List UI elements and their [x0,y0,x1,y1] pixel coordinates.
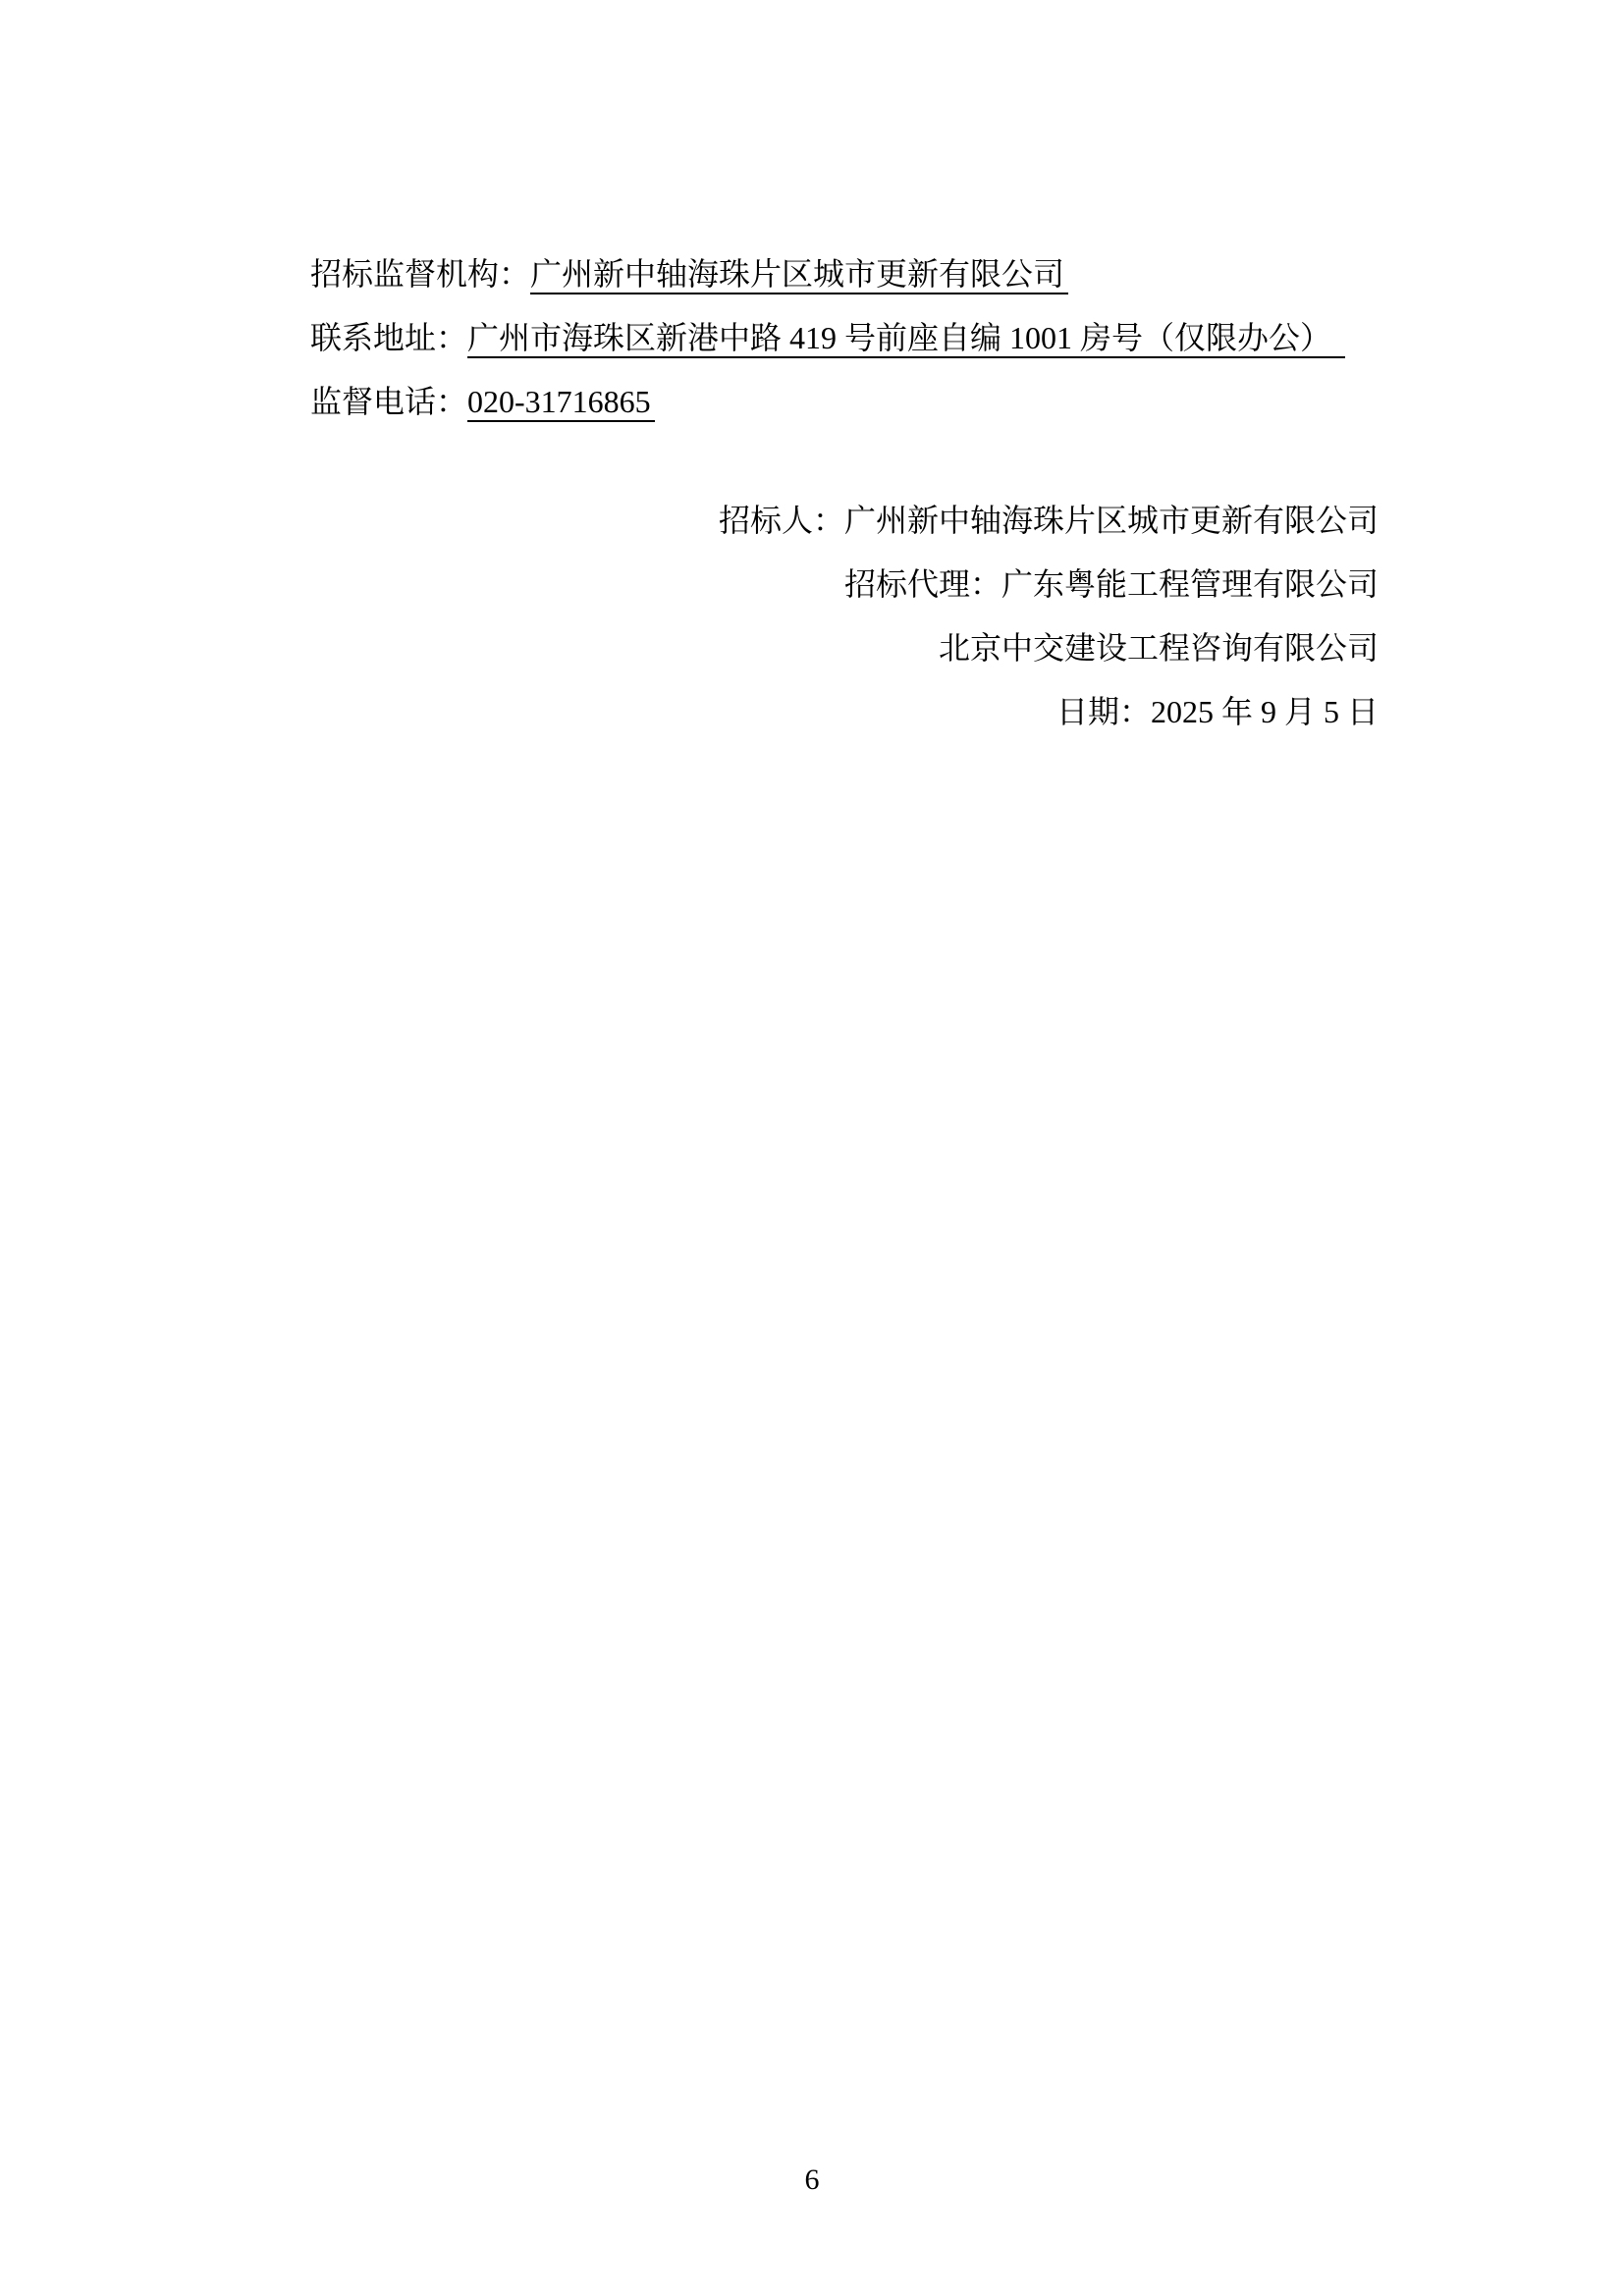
tender-agent-line: 招标代理：广东粤能工程管理有限公司 [719,553,1379,616]
tender-agent-line-2: 北京中交建设工程咨询有限公司 [719,616,1379,680]
signature-block: 招标人：广州新中轴海珠片区城市更新有限公司 招标代理：广东粤能工程管理有限公司 … [719,489,1379,744]
tenderer-line: 招标人：广州新中轴海珠片区城市更新有限公司 [719,489,1379,553]
supervision-agency-value: 广州新中轴海珠片区城市更新有限公司 [530,256,1068,294]
document-page: 招标监督机构：广州新中轴海珠片区城市更新有限公司 联系地址：广州市海珠区新港中路… [0,0,1624,2296]
contact-address-value: 广州市海珠区新港中路 419 号前座自编 1001 房号（仅限办公） [467,320,1345,358]
supervision-phone-value: 020-31716865 [467,384,655,422]
supervision-phone-label: 监督电话： [310,384,467,419]
supervision-agency-label: 招标监督机构： [310,256,530,292]
supervision-phone-line: 监督电话：020-31716865 [310,370,1345,434]
page-number: 6 [0,2163,1624,2197]
supervision-agency-line: 招标监督机构：广州新中轴海珠片区城市更新有限公司 [310,242,1345,306]
date-line: 日期：2025 年 9 月 5 日 [719,680,1379,744]
supervision-info-block: 招标监督机构：广州新中轴海珠片区城市更新有限公司 联系地址：广州市海珠区新港中路… [310,242,1345,434]
contact-address-line: 联系地址：广州市海珠区新港中路 419 号前座自编 1001 房号（仅限办公） [310,306,1345,370]
contact-address-label: 联系地址： [310,320,467,355]
